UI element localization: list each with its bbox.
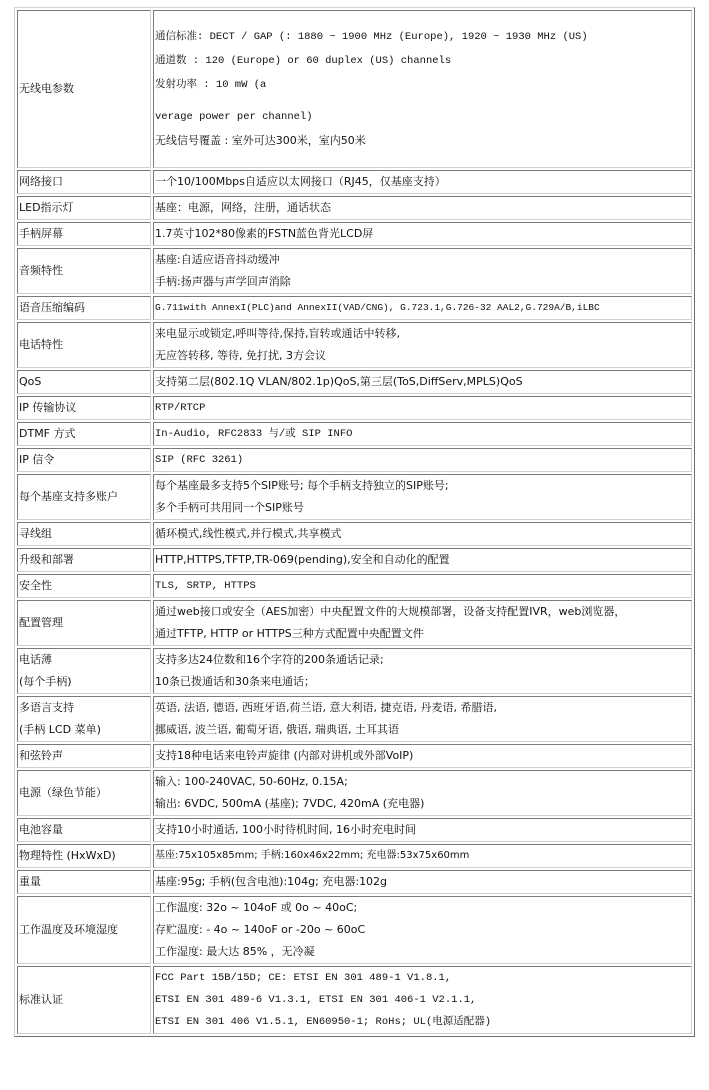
value-line: 通过web接口或安全（AES加密）中央配置文件的大规模部署，设备支持配置IVR，… xyxy=(155,601,690,623)
table-row: 安全性 TLS, SRTP, HTTPS xyxy=(17,574,692,598)
table-row: 语音压缩编码 G.711with AnnexI(PLC)and AnnexII(… xyxy=(17,296,692,320)
row-value: 基座:自适应语音抖动缓冲 手柄:扬声器与声学回声消除 xyxy=(153,248,692,294)
row-value: 支持第二层(802.1Q VLAN/802.1p)QoS,第三层(ToS,Dif… xyxy=(153,370,692,394)
value-line: 支持第二层(802.1Q VLAN/802.1p)QoS,第三层(ToS,Dif… xyxy=(155,371,690,393)
label-line: 升级和部署 xyxy=(19,549,149,571)
table-row: 和弦铃声 支持18种电话来电铃声旋律 (内部对讲机或外部VoIP) xyxy=(17,744,692,768)
value-line: 1.7英寸102*80像素的FSTN蓝色背光LCD屏 xyxy=(155,223,690,245)
label-line: (手柄 LCD 菜单) xyxy=(19,719,149,741)
spec-table: 无线电参数 通信标准: DECT / GAP (: 1880 ~ 1900 MH… xyxy=(14,7,695,1037)
label-line: 重量 xyxy=(19,871,149,893)
value-line: In-Audio, RFC2833 与/或 SIP INFO xyxy=(155,423,690,445)
table-row: 电话薄 (每个手柄) 支持多达24位数和16个字符的200条通话记录; 10条已… xyxy=(17,648,692,694)
row-label: 安全性 xyxy=(17,574,151,598)
value-line: 通道数 : 120 (Europe) or 60 duplex (US) cha… xyxy=(155,49,690,73)
row-label: 物理特性 (HxWxD) xyxy=(17,844,151,868)
table-row: QoS 支持第二层(802.1Q VLAN/802.1p)QoS,第三层(ToS… xyxy=(17,370,692,394)
value-line: RTP/RTCP xyxy=(155,397,690,419)
row-value: 支持多达24位数和16个字符的200条通话记录; 10条已拨通话和30条来电通话… xyxy=(153,648,692,694)
row-label: IP 传输协议 xyxy=(17,396,151,420)
label-line: 电池容量 xyxy=(19,819,149,841)
row-label: 多语言支持 (手柄 LCD 菜单) xyxy=(17,696,151,742)
label-line: 手柄屏幕 xyxy=(19,223,149,245)
value-line: 基座:75x105x85mm; 手柄:160x46x22mm; 充电器:53x7… xyxy=(155,845,690,867)
row-value: G.711with AnnexI(PLC)and AnnexII(VAD/CNG… xyxy=(153,296,692,320)
row-value: 基座:75x105x85mm; 手柄:160x46x22mm; 充电器:53x7… xyxy=(153,844,692,868)
table-row: 重量 基座:95g; 手柄(包含电池):104g; 充电器:102g xyxy=(17,870,692,894)
row-label: DTMF 方式 xyxy=(17,422,151,446)
value-line: 基座：电源，网络，注册，通话状态 xyxy=(155,197,690,219)
label-line: 和弦铃声 xyxy=(19,745,149,767)
value-line: 手柄:扬声器与声学回声消除 xyxy=(155,271,690,293)
row-label: 和弦铃声 xyxy=(17,744,151,768)
value-line: 输入: 100-240VAC, 50-60Hz, 0.15A; xyxy=(155,771,690,793)
label-line: 网络接口 xyxy=(19,171,149,193)
table-row: 标准认证 FCC Part 15B/15D; CE: ETSI EN 301 4… xyxy=(17,966,692,1034)
label-line: IP 信令 xyxy=(19,449,149,471)
label-line: 标准认证 xyxy=(19,989,149,1011)
value-line: 基座:95g; 手柄(包含电池):104g; 充电器:102g xyxy=(155,871,690,893)
value-line: 多个手柄可共用同一个SIP账号 xyxy=(155,497,690,519)
row-label: QoS xyxy=(17,370,151,394)
label-line: DTMF 方式 xyxy=(19,423,149,445)
table-row: 电池容量 支持10小时通话, 100小时待机时间, 16小时充电时间 xyxy=(17,818,692,842)
value-line: 工作湿度: 最大达 85% ，无冷凝 xyxy=(155,941,690,963)
value-line: TLS, SRTP, HTTPS xyxy=(155,575,690,597)
value-line: 10条已拨通话和30条来电通话； xyxy=(155,671,690,693)
value-line: 基座:自适应语音抖动缓冲 xyxy=(155,249,690,271)
row-value: 支持10小时通话, 100小时待机时间, 16小时充电时间 xyxy=(153,818,692,842)
value-line: 来电显示或锁定,呼叫等待,保持,盲转或通话中转移, xyxy=(155,323,690,345)
row-label: LED指示灯 xyxy=(17,196,151,220)
value-line: 一个10/100Mbps自适应以太网接口（RJ45，仅基座支持） xyxy=(155,171,690,193)
table-row: 网络接口 一个10/100Mbps自适应以太网接口（RJ45，仅基座支持） xyxy=(17,170,692,194)
value-line: HTTP,HTTPS,TFTP,TR-069(pending),安全和自动化的配… xyxy=(155,549,690,571)
value-line: 输出: 6VDC, 500mA (基座); 7VDC, 420mA (充电器) xyxy=(155,793,690,815)
label-line: 物理特性 (HxWxD) xyxy=(19,845,149,867)
row-label: IP 信令 xyxy=(17,448,151,472)
table-row: 物理特性 (HxWxD) 基座:75x105x85mm; 手柄:160x46x2… xyxy=(17,844,692,868)
row-label: 重量 xyxy=(17,870,151,894)
line-gap xyxy=(155,97,690,105)
table-row: 多语言支持 (手柄 LCD 菜单) 英语, 法语, 德语, 西班牙语,荷兰语, … xyxy=(17,696,692,742)
value-line: 支持10小时通话, 100小时待机时间, 16小时充电时间 xyxy=(155,819,690,841)
value-line: G.711with AnnexI(PLC)and AnnexII(VAD/CNG… xyxy=(155,297,690,319)
value-line: 英语, 法语, 德语, 西班牙语,荷兰语, 意大利语, 捷克语, 丹麦语, 希腊… xyxy=(155,697,690,719)
table-row: 升级和部署 HTTP,HTTPS,TFTP,TR-069(pending),安全… xyxy=(17,548,692,572)
value-line: SIP (RFC 3261) xyxy=(155,449,690,471)
value-line: 通过TFTP, HTTP or HTTPS三种方式配置中央配置文件 xyxy=(155,623,690,645)
table-row: 电源（绿色节能） 输入: 100-240VAC, 50-60Hz, 0.15A;… xyxy=(17,770,692,816)
row-value: 通过web接口或安全（AES加密）中央配置文件的大规模部署，设备支持配置IVR，… xyxy=(153,600,692,646)
table-row: 手柄屏幕 1.7英寸102*80像素的FSTN蓝色背光LCD屏 xyxy=(17,222,692,246)
row-value: 输入: 100-240VAC, 50-60Hz, 0.15A; 输出: 6VDC… xyxy=(153,770,692,816)
value-line: 支持多达24位数和16个字符的200条通话记录; xyxy=(155,649,690,671)
label-line: 无线电参数 xyxy=(19,78,149,100)
value-line: 循环模式,线性模式,并行模式,共享模式 xyxy=(155,523,690,545)
value-line: ETSI EN 301 489-6 V1.3.1, ETSI EN 301 40… xyxy=(155,989,690,1011)
row-label: 语音压缩编码 xyxy=(17,296,151,320)
label-line: 工作温度及环境湿度 xyxy=(19,919,149,941)
value-line: verage power per channel) xyxy=(155,105,690,129)
table-row: LED指示灯 基座：电源，网络，注册，通话状态 xyxy=(17,196,692,220)
row-label: 每个基座支持多账户 xyxy=(17,474,151,520)
value-line: FCC Part 15B/15D; CE: ETSI EN 301 489-1 … xyxy=(155,967,690,989)
row-label: 电源（绿色节能） xyxy=(17,770,151,816)
value-line: 无线信号覆盖 : 室外可达300米，室内50米 xyxy=(155,129,690,153)
row-label: 标准认证 xyxy=(17,966,151,1034)
label-line: LED指示灯 xyxy=(19,197,149,219)
value-line: 发射功率 : 10 mW (a xyxy=(155,73,690,97)
row-value: 基座：电源，网络，注册，通话状态 xyxy=(153,196,692,220)
label-line: 安全性 xyxy=(19,575,149,597)
row-value: 循环模式,线性模式,并行模式,共享模式 xyxy=(153,522,692,546)
row-value: SIP (RFC 3261) xyxy=(153,448,692,472)
value-line: 支持18种电话来电铃声旋律 (内部对讲机或外部VoIP) xyxy=(155,745,690,767)
row-value: 工作温度: 32o ~ 104oF 或 0o ~ 40oC; 存贮温度: - 4… xyxy=(153,896,692,964)
value-line: 工作温度: 32o ~ 104oF 或 0o ~ 40oC; xyxy=(155,897,690,919)
label-line: 多语言支持 xyxy=(19,697,149,719)
row-value: 来电显示或锁定,呼叫等待,保持,盲转或通话中转移, 无应答转移, 等待, 免打扰… xyxy=(153,322,692,368)
row-value: TLS, SRTP, HTTPS xyxy=(153,574,692,598)
value-line: 挪威语, 波兰语, 葡萄牙语, 俄语, 瑞典语, 土耳其语 xyxy=(155,719,690,741)
label-line: QoS xyxy=(19,371,149,393)
row-label: 电池容量 xyxy=(17,818,151,842)
label-line: 电话薄 xyxy=(19,649,149,671)
row-label: 音频特性 xyxy=(17,248,151,294)
row-value: 支持18种电话来电铃声旋律 (内部对讲机或外部VoIP) xyxy=(153,744,692,768)
row-label: 网络接口 xyxy=(17,170,151,194)
table-row: IP 传输协议 RTP/RTCP xyxy=(17,396,692,420)
label-line: 寻线组 xyxy=(19,523,149,545)
label-line: IP 传输协议 xyxy=(19,397,149,419)
label-line: 电话特性 xyxy=(19,334,149,356)
value-line: ETSI EN 301 406 V1.5.1, EN60950-1; RoHs;… xyxy=(155,1011,690,1033)
table-row: 工作温度及环境湿度 工作温度: 32o ~ 104oF 或 0o ~ 40oC;… xyxy=(17,896,692,964)
table-row: 音频特性 基座:自适应语音抖动缓冲 手柄:扬声器与声学回声消除 xyxy=(17,248,692,294)
table-row: IP 信令 SIP (RFC 3261) xyxy=(17,448,692,472)
value-line: 无应答转移, 等待, 免打扰, 3方会议 xyxy=(155,345,690,367)
row-value: 英语, 法语, 德语, 西班牙语,荷兰语, 意大利语, 捷克语, 丹麦语, 希腊… xyxy=(153,696,692,742)
table-row: 无线电参数 通信标准: DECT / GAP (: 1880 ~ 1900 MH… xyxy=(17,10,692,168)
row-value: 基座:95g; 手柄(包含电池):104g; 充电器:102g xyxy=(153,870,692,894)
value-line: 通信标准: DECT / GAP (: 1880 ~ 1900 MHz (Eur… xyxy=(155,25,690,49)
row-value: 一个10/100Mbps自适应以太网接口（RJ45，仅基座支持） xyxy=(153,170,692,194)
row-label: 配置管理 xyxy=(17,600,151,646)
row-label: 无线电参数 xyxy=(17,10,151,168)
label-line: 电源（绿色节能） xyxy=(19,782,149,804)
row-label: 升级和部署 xyxy=(17,548,151,572)
row-value: HTTP,HTTPS,TFTP,TR-069(pending),安全和自动化的配… xyxy=(153,548,692,572)
row-label: 工作温度及环境湿度 xyxy=(17,896,151,964)
label-line: (每个手柄) xyxy=(19,671,149,693)
table-row: 寻线组 循环模式,线性模式,并行模式,共享模式 xyxy=(17,522,692,546)
table-row: 每个基座支持多账户 每个基座最多支持5个SIP账号; 每个手柄支持独立的SIP账… xyxy=(17,474,692,520)
row-label: 寻线组 xyxy=(17,522,151,546)
row-label: 电话特性 xyxy=(17,322,151,368)
row-label: 电话薄 (每个手柄) xyxy=(17,648,151,694)
value-line: 每个基座最多支持5个SIP账号; 每个手柄支持独立的SIP账号; xyxy=(155,475,690,497)
label-line: 语音压缩编码 xyxy=(19,297,149,319)
row-value: In-Audio, RFC2833 与/或 SIP INFO xyxy=(153,422,692,446)
label-line: 音频特性 xyxy=(19,260,149,282)
row-value: RTP/RTCP xyxy=(153,396,692,420)
row-label: 手柄屏幕 xyxy=(17,222,151,246)
table-row: DTMF 方式 In-Audio, RFC2833 与/或 SIP INFO xyxy=(17,422,692,446)
table-row: 电话特性 来电显示或锁定,呼叫等待,保持,盲转或通话中转移, 无应答转移, 等待… xyxy=(17,322,692,368)
row-value: 每个基座最多支持5个SIP账号; 每个手柄支持独立的SIP账号; 多个手柄可共用… xyxy=(153,474,692,520)
row-value: FCC Part 15B/15D; CE: ETSI EN 301 489-1 … xyxy=(153,966,692,1034)
row-value: 1.7英寸102*80像素的FSTN蓝色背光LCD屏 xyxy=(153,222,692,246)
label-line: 配置管理 xyxy=(19,612,149,634)
value-line: 存贮温度: - 4o ~ 140oF or -20o ~ 60oC xyxy=(155,919,690,941)
label-line: 每个基座支持多账户 xyxy=(19,486,149,508)
table-row: 配置管理 通过web接口或安全（AES加密）中央配置文件的大规模部署，设备支持配… xyxy=(17,600,692,646)
row-value: 通信标准: DECT / GAP (: 1880 ~ 1900 MHz (Eur… xyxy=(153,10,692,168)
